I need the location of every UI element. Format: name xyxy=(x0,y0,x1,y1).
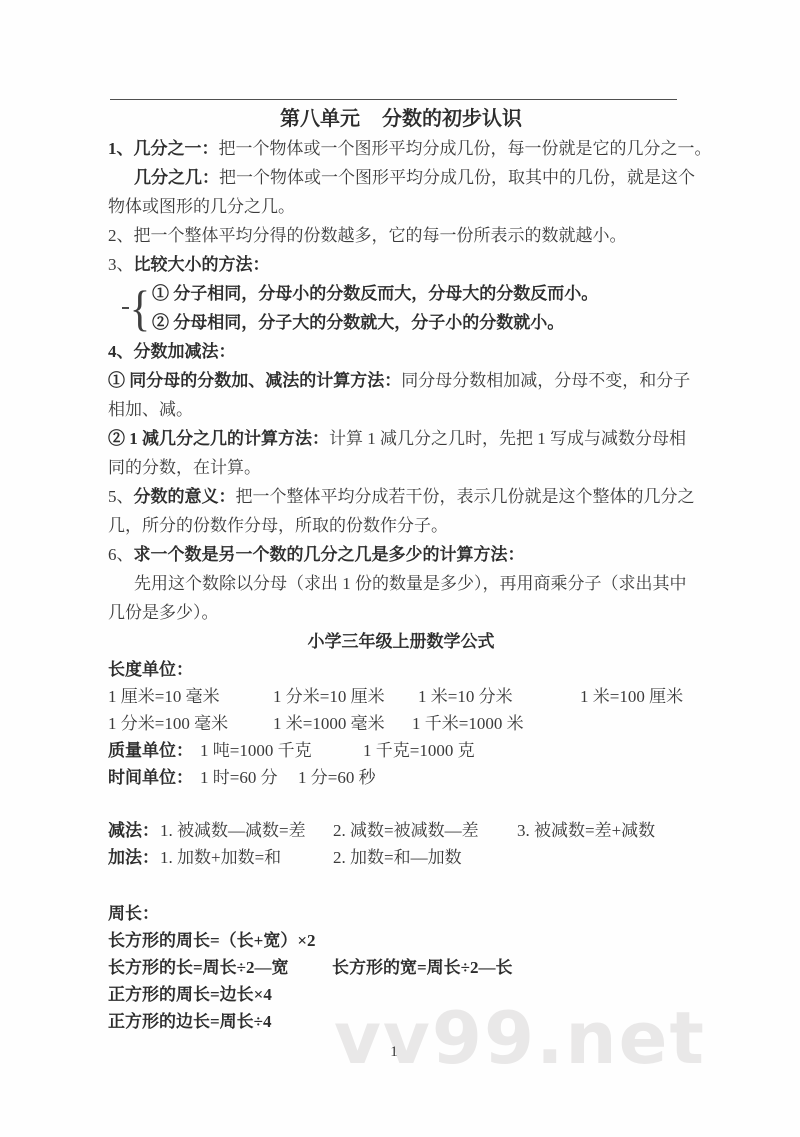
perimeter-formula-1: 长方形的周长=（长+宽）×2 xyxy=(108,927,694,954)
addition-row: 加法： 1. 加数+加数=和 2. 加数=和—加数 xyxy=(108,844,694,871)
time-eq: 1 分=60 秒 xyxy=(298,764,376,791)
s1-line-13-text: 把一个整体平均分成若干份，表示几份就是这个整体的几分之 xyxy=(236,487,695,506)
perimeter-label: 周长： xyxy=(108,900,694,927)
length-units-label: 长度单位： xyxy=(108,656,694,683)
mass-eq: 1 千克=1000 克 xyxy=(363,737,475,764)
s1-brace-line-1: ① 分子相同，分母小的分数反而大，分母大的分数反而小。 xyxy=(152,279,694,308)
s1-line-5-label: 比较大小的方法： xyxy=(134,255,270,274)
s1-line-12: 同的分数，在计算。 xyxy=(108,453,694,482)
s1-line-9: ① 同分母的分数加、减法的计算方法：同分母分数相加减，分母不变，和分子 xyxy=(108,366,694,395)
document-content: 第八单元分数的初步认识 1、几分之一：把一个物体或一个图形平均分成几份，每一份就… xyxy=(108,104,694,1035)
s1-line-5-num: 3、 xyxy=(108,255,134,274)
s1-line-8: 4、分数加减法： xyxy=(108,337,694,366)
length-eq: 1 厘米=10 毫米 xyxy=(108,683,273,710)
s1-line-10: 相加、减。 xyxy=(108,395,694,424)
subtraction-row: 减法： 1. 被减数—减数=差 2. 减数=被减数—差 3. 被减数=差+减数 xyxy=(108,817,694,844)
s1-line-17: 几份是多少）。 xyxy=(108,598,694,627)
s1-line-13-num: 5、 xyxy=(108,487,134,506)
addition-eq: 1. 加数+加数=和 xyxy=(160,844,333,871)
time-units-row: 时间单位： 1 时=60 分 1 分=60 秒 xyxy=(108,764,694,791)
s1-line-2: 几分之几：把一个物体或一个图形平均分成几份，取其中的几份，就是这个 xyxy=(108,163,694,192)
document-page: vv99.net 第八单元分数的初步认识 1、几分之一：把一个物体或一个图形平均… xyxy=(0,0,800,1137)
s1-title-part2: 分数的初步认识 xyxy=(382,108,522,130)
subtraction-label: 减法： xyxy=(108,817,160,844)
length-eq: 1 米=1000 毫米 xyxy=(273,710,412,737)
length-eq: 1 米=10 分米 xyxy=(418,683,580,710)
s1-line-4: 2、把一个整体平均分得的份数越多，它的每一份所表示的数就越小。 xyxy=(108,221,694,250)
s1-title: 第八单元分数的初步认识 xyxy=(108,104,694,134)
s1-line-11-label: ② 1 减几分之几的计算方法： xyxy=(108,429,329,448)
s1-line-15-label: 求一个数是另一个数的几分之几是多少的计算方法： xyxy=(134,545,525,564)
perimeter-formula-row-2: 长方形的长=周长÷2—宽 长方形的宽=周长÷2—长 xyxy=(108,954,694,981)
s1-line-9-label: ① 同分母的分数加、减法的计算方法： xyxy=(108,371,401,390)
perimeter-formula-2b: 长方形的宽=周长÷2—长 xyxy=(332,954,513,981)
s1-line-1: 1、几分之一：把一个物体或一个图形平均分成几份，每一份就是它的几分之一。 xyxy=(108,134,694,163)
length-units-row-2: 1 分米=100 毫米 1 米=1000 毫米 1 千米=1000 米 xyxy=(108,710,694,737)
s2-title: 小学三年级上册数学公式 xyxy=(108,627,694,656)
s1-line-15-num: 6、 xyxy=(108,545,134,564)
perimeter-formula-3: 正方形的周长=边长×4 xyxy=(108,981,694,1008)
s1-line-13: 5、分数的意义：把一个整体平均分成若干份，表示几份就是这个整体的几分之 xyxy=(108,482,694,511)
mass-units-row: 质量单位： 1 吨=1000 千克 1 千克=1000 克 xyxy=(108,737,694,764)
header-rule xyxy=(110,99,677,100)
s1-line-2-text: 把一个物体或一个图形平均分成几份，取其中的几份，就是这个 xyxy=(219,168,695,187)
addition-label: 加法： xyxy=(108,844,160,871)
time-eq: 1 时=60 分 xyxy=(200,764,298,791)
s1-line-14: 几，所分的份数作分母，所取的份数作分子。 xyxy=(108,511,694,540)
s1-line-16: 先用这个数除以分母（求出 1 份的数量是多少），再用商乘分子（求出其中 xyxy=(108,569,694,598)
s1-line-1-label: 1、几分之一： xyxy=(108,139,219,158)
perimeter-formula-2a: 长方形的长=周长÷2—宽 xyxy=(108,954,332,981)
s1-brace-group: { ① 分子相同，分母小的分数反而大，分母大的分数反而小。 ② 分母相同，分子大… xyxy=(108,279,694,337)
subtraction-eq: 1. 被减数—减数=差 xyxy=(160,817,333,844)
s1-line-13-label: 分数的意义： xyxy=(134,487,236,506)
s1-line-11: ② 1 减几分之几的计算方法：计算 1 减几分之几时，先把 1 写成与减数分母相 xyxy=(108,424,694,453)
page-number: 1 xyxy=(384,1044,404,1061)
subtraction-eq: 3. 被减数=差+减数 xyxy=(517,817,655,844)
s1-line-2-label: 几分之几： xyxy=(134,168,219,187)
length-eq: 1 米=100 厘米 xyxy=(580,683,683,710)
length-eq: 1 分米=10 厘米 xyxy=(273,683,418,710)
s1-line-3: 物体或图形的几分之几。 xyxy=(108,192,694,221)
length-eq: 1 分米=100 毫米 xyxy=(108,710,273,737)
s1-line-9-text: 同分母分数相加减，分母不变，和分子 xyxy=(401,371,690,390)
mass-units-label: 质量单位： xyxy=(108,737,200,764)
curly-brace-icon: { xyxy=(130,279,150,337)
s1-line-11-text: 计算 1 减几分之几时，先把 1 写成与减数分母相 xyxy=(329,429,686,448)
perimeter-formula-4: 正方形的边长=周长÷4 xyxy=(108,1008,694,1035)
mass-eq: 1 吨=1000 千克 xyxy=(200,737,363,764)
s1-title-part1: 第八单元 xyxy=(280,108,360,130)
s1-line-5: 3、比较大小的方法： xyxy=(108,250,694,279)
s1-line-15: 6、求一个数是另一个数的几分之几是多少的计算方法： xyxy=(108,540,694,569)
addition-eq: 2. 加数=和—加数 xyxy=(333,844,462,871)
subtraction-eq: 2. 减数=被减数—差 xyxy=(333,817,517,844)
length-eq: 1 千米=1000 米 xyxy=(412,710,524,737)
time-units-label: 时间单位： xyxy=(108,764,200,791)
brace-dash xyxy=(122,307,129,309)
s1-line-1-text: 把一个物体或一个图形平均分成几份，每一份就是它的几分之一。 xyxy=(219,139,712,158)
length-units-row-1: 1 厘米=10 毫米 1 分米=10 厘米 1 米=10 分米 1 米=100 … xyxy=(108,683,694,710)
s1-brace-line-2: ② 分母相同，分子大的分数就大，分子小的分数就小。 xyxy=(152,308,694,337)
